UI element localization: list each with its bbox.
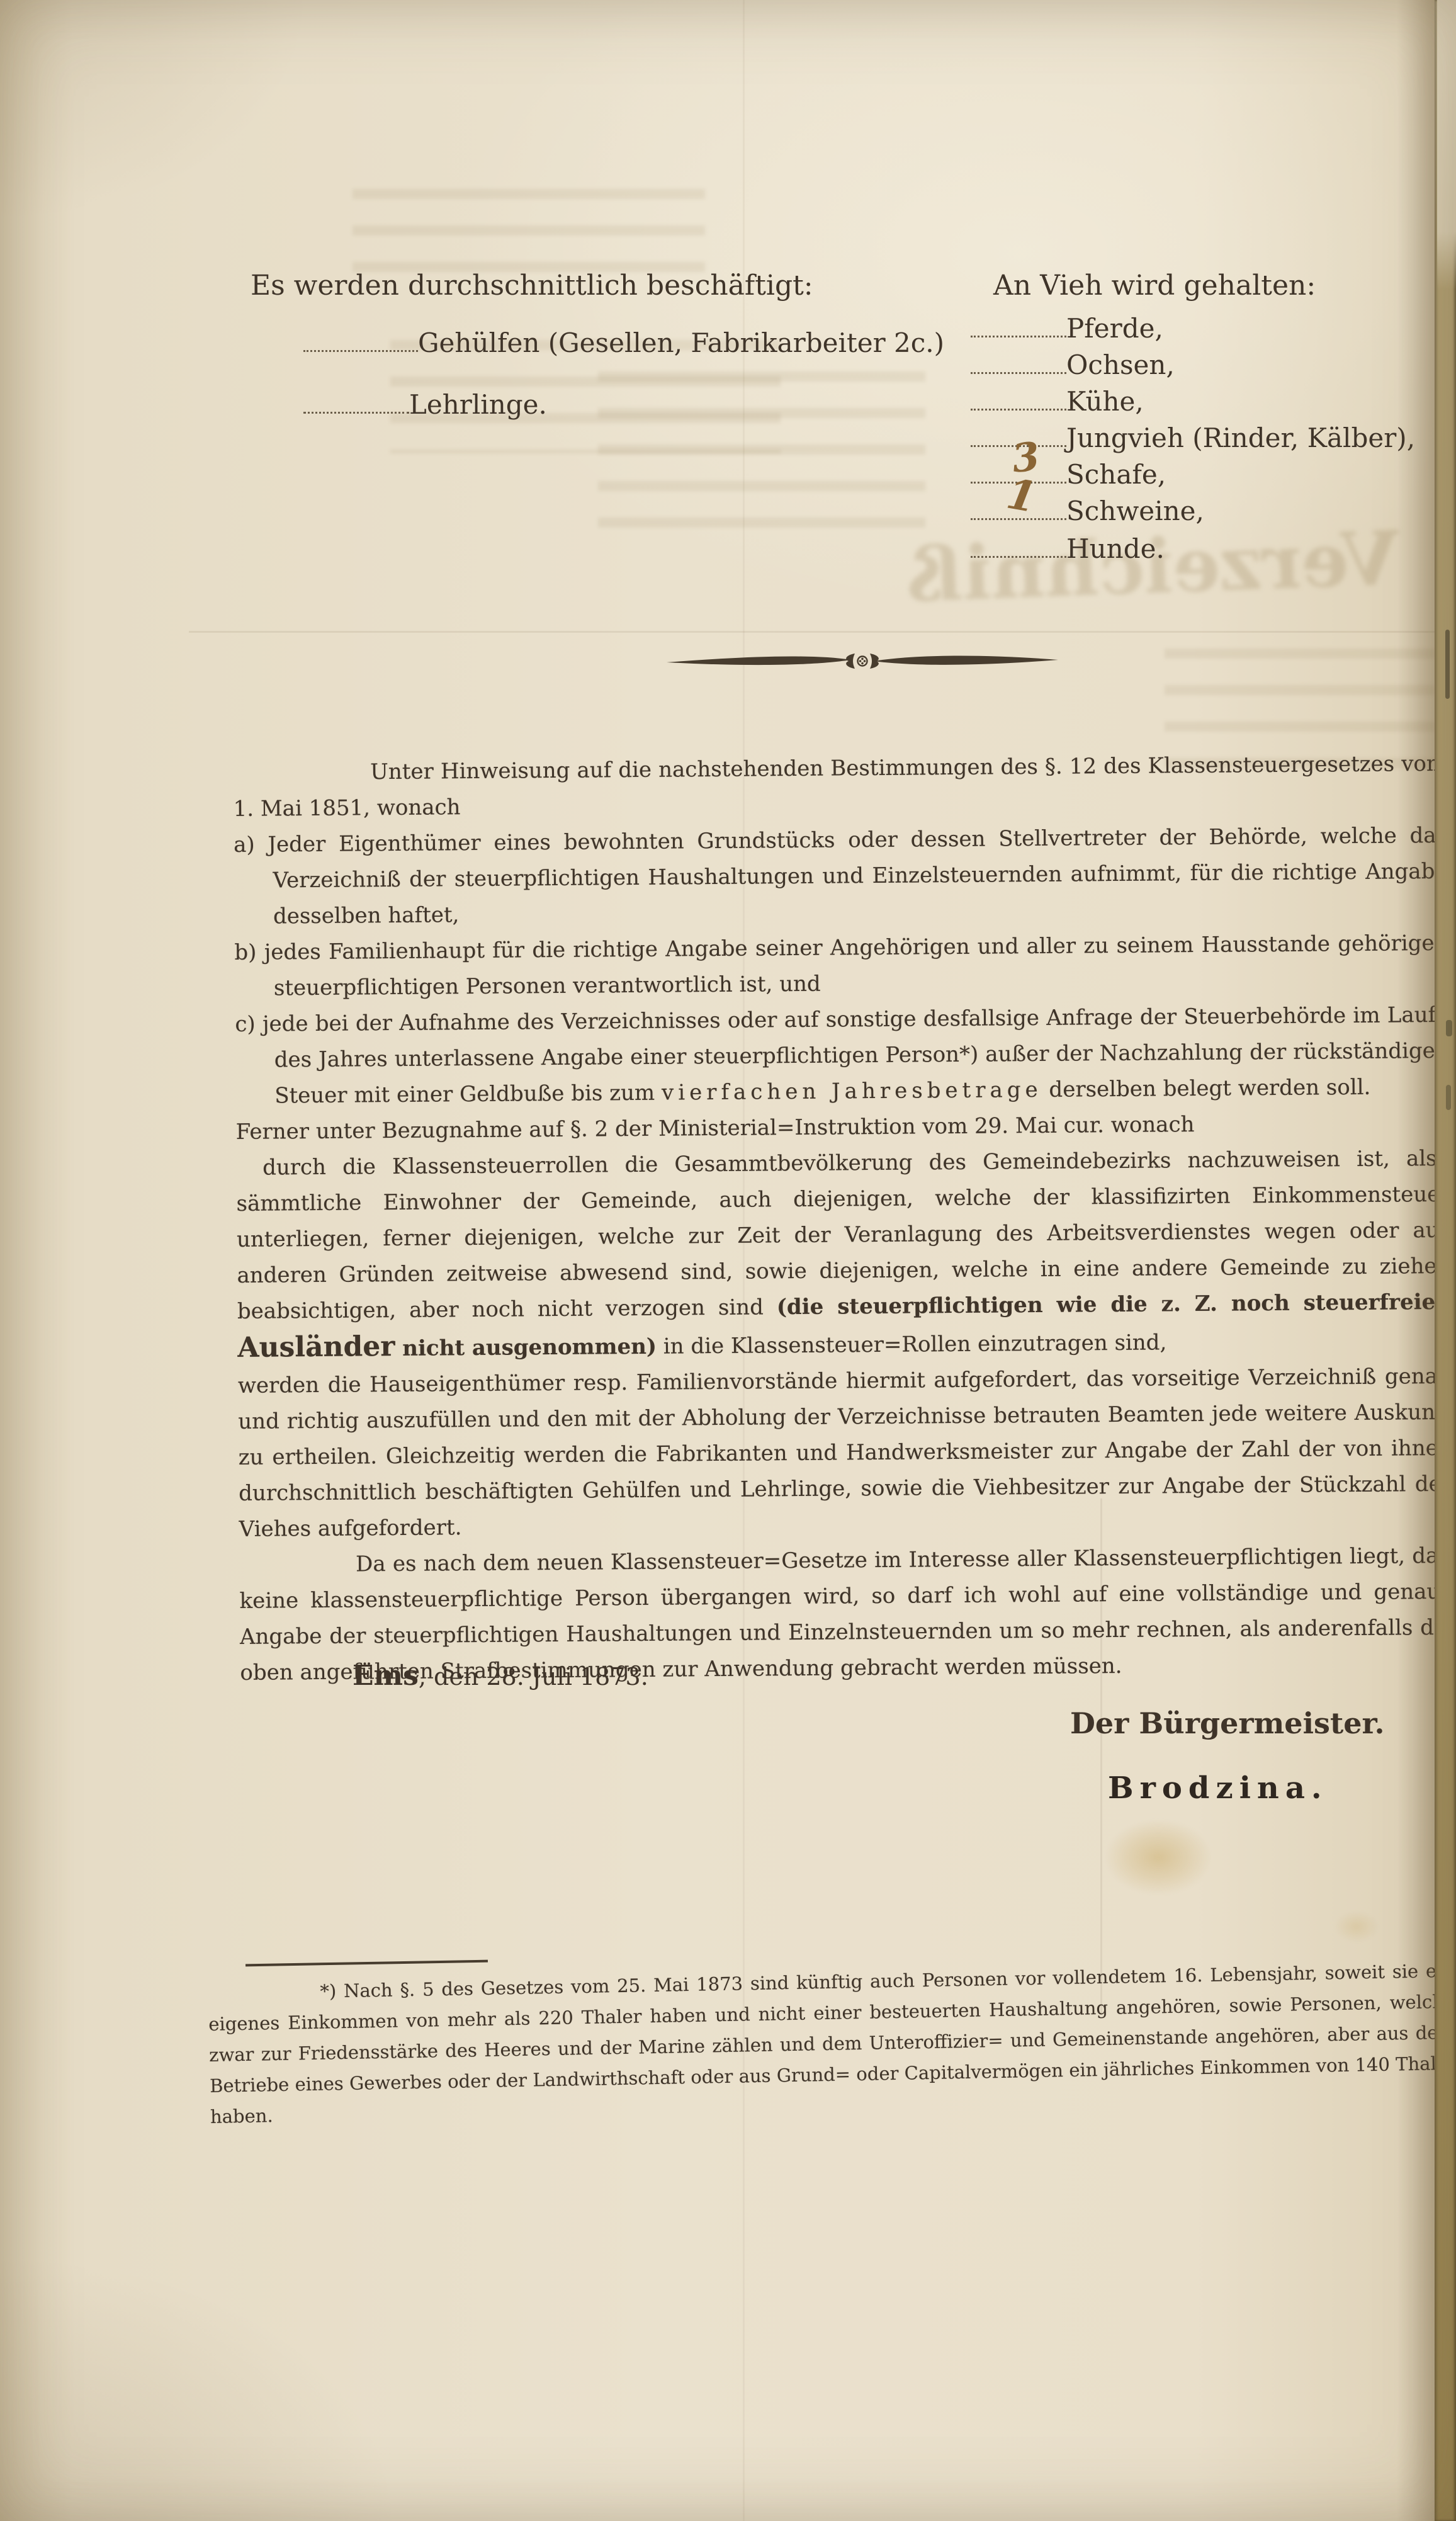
- livestock-label: Pferde,: [1066, 313, 1163, 344]
- footnote-marker: *): [320, 1980, 336, 2002]
- page-edge-shadow: [1397, 0, 1437, 2521]
- livestock-row: Kühe,: [971, 386, 1144, 417]
- werden-paragraph: werden die Hauseigenthümer resp. Familie…: [238, 1359, 1453, 1548]
- livestock-label: Jungvieh (Rinder, Kälber),: [1066, 422, 1415, 453]
- livestock-section-title: An Vieh wird gehalten:: [993, 269, 1316, 302]
- dateline: Ems, den 28. Juli 1873.: [353, 1660, 648, 1692]
- stain: [1335, 1911, 1379, 1942]
- signature-name: Brodzina.: [1108, 1770, 1328, 1806]
- livestock-label: Hunde.: [1066, 533, 1165, 564]
- book-edge: [1435, 0, 1456, 2521]
- blank-fill-line: [971, 314, 1066, 337]
- blank-fill-line: [303, 390, 409, 414]
- dateline-rest: , den 28. Juli 1873.: [419, 1663, 648, 1691]
- employment-row-label: Lehrlinge.: [409, 389, 547, 420]
- employment-row-gehuelfen: Gehülfen (Gesellen, Fabrikarbeiter 2c.): [303, 327, 944, 358]
- paragraph-text: in die Klassensteuer=Rollen einzutragen …: [657, 1330, 1167, 1359]
- letterspaced-phrase: vierfachen Jahresbetrage: [662, 1077, 1042, 1106]
- list-marker: a): [234, 832, 255, 858]
- list-marker: b): [234, 940, 256, 965]
- livestock-row: Ochsen,: [971, 349, 1175, 380]
- scanned-document-page: Verzeichniß Es werden durchschnittlich b…: [0, 0, 1456, 2521]
- livestock-label: Ochsen,: [1066, 349, 1175, 380]
- bleedthrough-title-ghost: Verzeichniß: [905, 514, 1401, 618]
- livestock-row: Hunde.: [971, 533, 1165, 564]
- blank-fill-line: [303, 329, 418, 352]
- list-item-text: derselben belegt werden soll.: [1042, 1075, 1371, 1102]
- employment-section-title: Es werden durchschnittlich beschäftigt:: [251, 269, 813, 302]
- edge-mark: [1446, 1020, 1452, 1036]
- intro-paragraph: Unter Hinweisung auf die nachstehenden B…: [233, 746, 1447, 827]
- signature-role: Der Bürgermeister.: [1070, 1706, 1385, 1740]
- edge-mark: [1446, 1085, 1451, 1110]
- list-item-text: jedes Familienhaupt für die richtige Ang…: [264, 931, 1448, 1001]
- livestock-row: Pferde,: [971, 313, 1163, 344]
- employment-row-lehrlinge: Lehrlinge.: [303, 389, 547, 420]
- stain: [1105, 1820, 1212, 1895]
- edge-mark: [1445, 630, 1450, 699]
- paper-crease: [189, 631, 1435, 633]
- dateline-city: Ems: [353, 1660, 419, 1692]
- blank-fill-line: [971, 535, 1066, 558]
- footnote-rule: [245, 1960, 488, 1967]
- footnote-text: Nach §. 5 des Gesetzes vom 25. Mai 1873 …: [208, 1960, 1456, 2127]
- list-item-c: c) jede bei der Aufnahme des Verzeichnis…: [235, 997, 1449, 1114]
- livestock-label: Schweine,: [1066, 496, 1204, 526]
- list-marker: c): [235, 1012, 256, 1037]
- list-item-a: a) Jeder Eigenthümer eines bewohnten Gru…: [234, 818, 1448, 935]
- blank-fill-line: [971, 387, 1066, 411]
- employment-row-label: Gehülfen (Gesellen, Fabrikarbeiter 2c.): [418, 327, 944, 358]
- bold-phrase: nicht ausgenommen): [395, 1334, 657, 1361]
- list-item-text: Jeder Eigenthümer eines bewohnten Grunds…: [268, 823, 1447, 929]
- divider-ornament: [664, 645, 1061, 677]
- livestock-label: Schafe,: [1066, 459, 1166, 490]
- footnote: *) Nach §. 5 des Gesetzes vom 25. Mai 18…: [208, 1956, 1456, 2133]
- durch-paragraph: durch die Klassensteuerrollen die Gesamm…: [236, 1141, 1452, 1368]
- page-corner: [1437, 0, 1456, 290]
- bold-phrase: (die steuerpflichtigen wie die z. Z. noc…: [777, 1289, 1451, 1320]
- blank-fill-line: [971, 351, 1066, 374]
- body-text: Unter Hinweisung auf die nachstehenden B…: [233, 746, 1454, 1691]
- bleedthrough-ghost: [598, 371, 925, 529]
- livestock-label: Kühe,: [1066, 386, 1144, 417]
- bold-emphasis-auslaender: Ausländer: [237, 1330, 395, 1364]
- list-item-b: b) jedes Familienhaupt für die richtige …: [234, 926, 1448, 1007]
- livestock-row: Schafe,: [971, 459, 1166, 490]
